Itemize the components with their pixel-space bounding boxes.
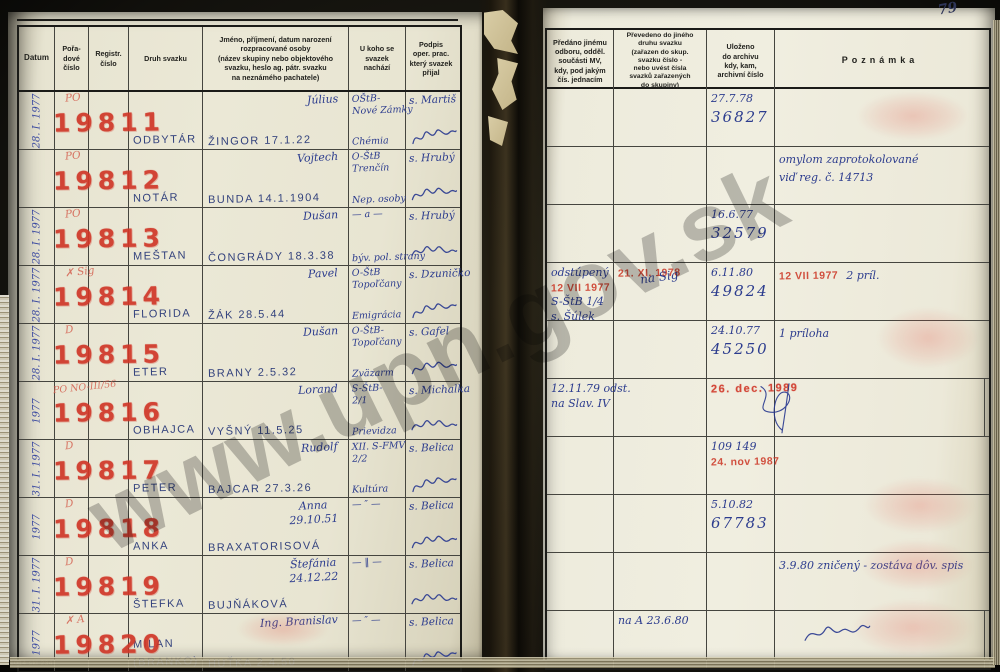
holder-unit: O-ŠtBTopoľčany: [352, 266, 402, 291]
cell-prevedeno: 21. XI. 1978na Sig: [614, 263, 707, 325]
right-table-header: Předáno jinému odboru, odděl. součásti M…: [547, 30, 989, 89]
cell-podpis: s. Martiš: [406, 92, 456, 149]
left-table-body: 28. I. 1977PO19811ODBYTÁRJúliusŽINGOR 17…: [19, 92, 460, 671]
torn-paper-scrap: [484, 10, 518, 54]
issue-line: Chémia: [352, 135, 389, 147]
entry-date: 1977: [31, 398, 42, 423]
cell-jmeno: JúliusŽINGOR 17.1.22: [203, 92, 349, 149]
holder-unit: O-ŠtB-Topoľčany: [352, 324, 402, 349]
signature-scribble: [409, 470, 459, 498]
cell-prevedeno: [614, 321, 707, 378]
entry-date: 1977: [31, 630, 42, 655]
surname-and-birthdate: VYŠNÝ 11.5.25: [208, 424, 304, 438]
holder-unit: — ‖ —: [352, 556, 382, 569]
officer-name: s. Belica: [409, 499, 454, 513]
red-mark: D: [64, 556, 74, 569]
header-druh-svazku: Druh svazku: [129, 27, 203, 90]
cell-datum: 1977: [19, 382, 55, 439]
entry-date: 28. I. 1977: [31, 325, 42, 380]
surname-and-birthdate: BAJCAR 27.3.26: [208, 482, 312, 496]
book-gutter: [478, 0, 548, 672]
cell-jmeno: Štefánia 24.12.22BUJŇÁKOVÁ: [203, 556, 349, 613]
holder-unit: — ″ —: [352, 499, 381, 512]
cell-prevedeno: [614, 205, 707, 262]
holder-line: — ″ —: [352, 499, 381, 512]
rule-line: [17, 19, 458, 21]
holder-line: — a —: [352, 208, 383, 221]
handwritten-entry: 5.10.82: [711, 498, 772, 513]
issue-line: Zväzarm: [352, 367, 394, 379]
header-poznamka: Poznámka: [775, 30, 985, 92]
entry-date: 31. I. 1977: [31, 557, 42, 612]
officer-name: s. Dzuničko: [409, 267, 471, 281]
cell-predano: [547, 89, 614, 146]
cell-jmeno: DušanBRANY 2.5.32: [203, 324, 349, 381]
officer-name: s. Hrubý: [409, 151, 455, 165]
page-stack-edge-left: [0, 295, 9, 665]
holder-line: Nové Zámky: [352, 104, 413, 118]
table-row: 16.6.7732579: [547, 205, 989, 263]
cell-jmeno: DušanČONGRÁDY 18.3.38: [203, 208, 349, 265]
registration-number-stamp: 19817: [53, 455, 165, 485]
holder-unit: XII. S-FMV2/2: [352, 440, 406, 466]
surname-and-birthdate: BUNDA 14.1.1904: [208, 192, 321, 206]
signature-scribble: [409, 296, 459, 324]
table-row: 1977PO NO-III/5619816OBHAJCALorandVYŠNÝ …: [19, 382, 460, 440]
registration-number-stamp: 19811: [53, 107, 165, 137]
cell-ulozeno: 5.10.8267783: [707, 495, 775, 552]
entry-date: 28. I. 1977: [31, 209, 42, 264]
ink-ghost-smudge: [865, 478, 975, 533]
cell-datum: 28. I. 1977: [19, 92, 55, 149]
registration-number-stamp: 19816: [53, 397, 165, 427]
red-mark: PO: [64, 91, 81, 105]
cell-ulozeno: 6.11.8049824: [707, 263, 775, 325]
holder-line: Topoľčany: [352, 336, 402, 350]
date-stamp: 24. nov 1987: [711, 454, 772, 469]
ink-ghost-smudge: [861, 540, 973, 590]
signature-scribble: [409, 122, 459, 150]
holder-line: 2/1: [352, 394, 383, 407]
cell-datum: 28. I. 1977: [19, 208, 55, 265]
cell-ulozeno: 109 14924. nov 1987: [707, 437, 775, 494]
cell-datum: 31. I. 1977: [19, 440, 55, 497]
page-stack-edge-bottom: [10, 657, 995, 668]
cell-ulozeno: 24.10.7745250: [707, 321, 775, 378]
cell-predano: 12.11.79 odst.na Slav. IV: [547, 379, 614, 436]
header-datum: Datum: [19, 27, 55, 90]
table-row: 28. I. 1977D19815ETERDušanBRANY 2.5.32O-…: [19, 324, 460, 382]
first-name: Štefánia 24.12.22: [288, 556, 338, 586]
holder-line: 2/2: [352, 452, 406, 466]
cell-podpis: s. Belica: [406, 440, 456, 497]
registration-number-stamp: 19814: [53, 281, 165, 311]
cell-podpis: s. Belica: [406, 556, 456, 613]
cell-ulozeno: [707, 147, 775, 204]
cell-podpis: s. Hrubý: [406, 208, 456, 265]
header-jmeno: Jméno, příjmení, datum narození rozpraco…: [203, 27, 349, 90]
cell-predano: odstúpený12 VII 1977S-ŠtB 1/4s. Šúlek: [547, 263, 614, 325]
officer-name: s. Michalka: [409, 383, 470, 397]
surname-and-birthdate: ŽÁK 28.5.44: [208, 308, 286, 322]
red-mark: D: [64, 498, 74, 511]
registration-number-stamp: 19812: [53, 165, 165, 195]
holder-unit: O-ŠtBTrenčín: [352, 150, 390, 175]
red-mark: D: [64, 324, 74, 337]
cell-podpis: s. Hrubý: [406, 150, 456, 207]
entry-date: 1977: [31, 514, 42, 539]
left-page: Datum Pořa- dové číslo Registr. číslo Dr…: [8, 12, 482, 660]
signature-scribble: [409, 412, 459, 440]
header-u-koho: U koho se svazek nachází: [349, 27, 406, 90]
first-name: Lorand: [298, 382, 339, 398]
handwritten-entry: 49824: [711, 281, 772, 301]
cell-poznamka: omylom zaprotokolovanéviď reg. č. 14713: [775, 147, 985, 204]
table-row: 12.11.79 odst.na Slav. IV26. dec. 1989: [547, 379, 989, 437]
handwritten-entry: 67783: [711, 513, 772, 533]
signature-scribble: [410, 182, 458, 206]
handwritten-entry: 1 príloha: [779, 327, 829, 342]
cell-ulozeno: 16.6.7732579: [707, 205, 775, 262]
cell-u-koho: OŠtB-Nové ZámkyChémia: [349, 92, 406, 149]
cell-u-koho: O-ŠtBTrenčínNep. osoby: [349, 150, 406, 207]
entry-date: 28. I. 1977: [31, 93, 42, 148]
cell-poznamka: [775, 205, 985, 262]
first-name: Dušan: [302, 324, 338, 340]
page-stack-edge-right: [993, 20, 1000, 665]
officer-name: s. Gafel: [409, 325, 450, 338]
cell-jmeno: LorandVYŠNÝ 11.5.25: [203, 382, 349, 439]
cell-jmeno: PavelŽÁK 28.5.44: [203, 266, 349, 323]
red-mark: PO: [64, 207, 81, 221]
cell-u-koho: XII. S-FMV2/2Kultúra: [349, 440, 406, 497]
entry-date: 28. I. 1977: [31, 267, 42, 322]
table-row: omylom zaprotokolovanéviď reg. č. 14713: [547, 147, 989, 205]
surname-and-birthdate: ŽINGOR 17.1.22: [208, 134, 312, 148]
officer-name: s. Martiš: [409, 93, 456, 107]
handwritten-entry: na Slav. IV: [551, 397, 611, 412]
surname-and-birthdate: ČONGRÁDY 18.3.38: [208, 250, 335, 265]
ink-ghost-smudge: [858, 92, 968, 140]
right-page: Předáno jinému odboru, odděl. součásti M…: [543, 8, 995, 660]
signature-scribble: [409, 238, 459, 266]
left-table-header: Datum Pořa- dové číslo Registr. číslo Dr…: [19, 27, 460, 92]
cell-u-koho: — ‖ —: [349, 556, 406, 613]
handwritten-entry: 16.6.77: [711, 208, 772, 223]
handwritten-entry: na A 23.6.80: [618, 614, 704, 629]
registration-number-stamp: 19815: [53, 339, 165, 369]
cell-predano: [547, 321, 614, 378]
table-row: 28. I. 1977PO19813MEŠTANDušanČONGRÁDY 18…: [19, 208, 460, 266]
handwritten-entry: S-ŠtB 1/4: [551, 295, 611, 310]
cell-prevedeno: [614, 379, 707, 436]
surname-and-birthdate: BUJŇÁKOVÁ: [208, 598, 288, 612]
first-name: Pavel: [308, 266, 338, 281]
cell-prevedeno: [614, 437, 707, 494]
surname-and-birthdate: BRAXATORISOVÁ: [208, 540, 321, 554]
header-ulozeno: Uloženo do archivu kdy, kam, archivní čí…: [707, 30, 775, 92]
torn-paper-scrap: [492, 58, 518, 110]
cell-u-koho: — a —býv. pol. strany: [349, 208, 406, 265]
handwritten-entry: 6.11.80: [711, 266, 772, 281]
handwritten-entry: 36827: [711, 107, 772, 127]
header-prevedeno: Převedeno do jiného druhu svazku (zařaze…: [614, 30, 707, 92]
table-row: 31. I. 1977D19819ŠTEFKAŠtefánia 24.12.22…: [19, 556, 460, 614]
signature-scribble: [409, 586, 459, 614]
holder-unit: OŠtB-Nové Zámky: [352, 92, 413, 118]
date-stamp: 12 VII 1977: [779, 268, 838, 283]
red-mark: ✗ A: [64, 613, 85, 627]
cell-predano: [547, 437, 614, 494]
document-scan: Datum Pořa- dové číslo Registr. číslo Dr…: [0, 0, 1000, 672]
registration-number-stamp: 19820: [53, 629, 165, 659]
registration-number-stamp: 19819: [53, 571, 165, 601]
registry-table-left: Datum Pořa- dové číslo Registr. číslo Dr…: [17, 25, 462, 672]
handwritten-entry: 12.11.79 odst.: [551, 382, 611, 397]
cell-jmeno: RudolfBAJCAR 27.3.26: [203, 440, 349, 497]
header-podpis: Podpis oper. prac. který svazek přijal: [406, 27, 456, 90]
signature-scribble: [410, 530, 458, 554]
holder-unit: — ″ —: [352, 615, 381, 628]
cell-prevedeno: [614, 147, 707, 204]
first-name: Rudolf: [301, 440, 338, 456]
cell-ulozeno: 27.7.7836827: [707, 89, 775, 146]
holder-line: S-ŠtB-: [352, 382, 383, 395]
surname-and-birthdate: BRANY 2.5.32: [208, 366, 298, 380]
handwritten-entry: 2 príl.: [846, 269, 879, 284]
holder-unit: — a —: [352, 208, 383, 221]
cell-datum: [19, 150, 55, 207]
entry-date: 31. I. 1977: [31, 441, 42, 496]
holder-unit: S-ŠtB-2/1: [352, 382, 384, 407]
table-row: 28. I. 1977PO19811ODBYTÁRJúliusŽINGOR 17…: [19, 92, 460, 150]
officer-name: s. Belica: [409, 557, 454, 571]
officer-name: s. Belica: [409, 441, 454, 455]
header-poradove-cislo: Pořa- dové číslo: [55, 27, 89, 90]
first-name: Vojtech: [297, 150, 339, 166]
table-row: 28. I. 1977✗ Sig19814FLORIDAPavelŽÁK 28.…: [19, 266, 460, 324]
cell-u-koho: O-ŠtB-TopoľčanyZväzarm: [349, 324, 406, 381]
issue-line: Kultúra: [352, 483, 389, 495]
issue-line: Emigrácia: [352, 309, 402, 322]
header-registr-cislo: Registr. číslo: [89, 27, 129, 90]
cell-u-koho: S-ŠtB-2/1Prievidza: [349, 382, 406, 439]
cell-datum: 28. I. 1977: [19, 266, 55, 323]
cell-jmeno: Anna 29.10.51BRAXATORISOVÁ: [203, 498, 349, 555]
first-name: Anna 29.10.51: [288, 498, 338, 528]
handwritten-entry: 27.7.78: [711, 92, 772, 107]
ink-ghost-smudge: [238, 612, 328, 646]
registration-number-stamp: 19818: [53, 513, 165, 543]
cell-podpis: s. Gafel: [406, 324, 456, 381]
first-name: Dušan: [302, 208, 338, 224]
handwritten-entry: omylom zaprotokolované: [779, 153, 918, 168]
cell-u-koho: O-ŠtBTopoľčanyEmigrácia: [349, 266, 406, 323]
cell-podpis: s. Belica: [406, 498, 456, 555]
table-row: 31. I. 1977D19817PETERRudolfBAJCAR 27.3.…: [19, 440, 460, 498]
header-predano: Předáno jinému odboru, odděl. součásti M…: [547, 30, 614, 92]
torn-paper-scrap: [488, 116, 508, 146]
ink-ghost-smudge: [878, 308, 978, 368]
cell-predano: [547, 553, 614, 610]
officer-name: s. Hrubý: [409, 209, 455, 223]
handwritten-entry: 32579: [711, 223, 772, 243]
handwritten-entry: 109 149: [711, 440, 772, 455]
table-row: 1977D19818ANKAAnna 29.10.51BRAXATORISOVÁ…: [19, 498, 460, 556]
cell-u-koho: — ″ —: [349, 498, 406, 555]
holder-line: — ‖ —: [352, 556, 382, 569]
holder-line: — ″ —: [352, 615, 381, 628]
cell-predano: [547, 147, 614, 204]
cell-datum: 1977: [19, 498, 55, 555]
cell-prevedeno: [614, 495, 707, 552]
signature-scribble: [802, 619, 872, 649]
handwritten-entry: odstúpený: [551, 266, 611, 281]
cell-ulozeno: [707, 553, 775, 610]
cell-prevedeno: [614, 553, 707, 610]
holder-line: XII. S-FMV: [352, 440, 406, 454]
red-mark: D: [64, 440, 74, 453]
cell-predano: [547, 205, 614, 262]
handwritten-entry: 45250: [711, 339, 772, 359]
date-stamp: 12 VII 1977: [551, 280, 611, 295]
cell-datum: 28. I. 1977: [19, 324, 55, 381]
holder-line: Trenčín: [352, 162, 390, 175]
cell-datum: 31. I. 1977: [19, 556, 55, 613]
cell-prevedeno: [614, 89, 707, 146]
handwritten-entry: viď reg. č. 14713: [779, 171, 873, 186]
officer-name: s. Belica: [409, 615, 454, 629]
registration-number-stamp: 19813: [53, 223, 165, 253]
signature-scribble: [410, 356, 458, 380]
handwritten-entry: 24.10.77: [711, 324, 772, 339]
table-row: PO19812NOTÁRVojtechBUNDA 14.1.1904O-ŠtBT…: [19, 150, 460, 208]
cell-podpis: s. Michalka: [406, 382, 456, 439]
signature-scribble: [742, 381, 822, 437]
first-name: Július: [306, 92, 338, 107]
cell-predano: [547, 495, 614, 552]
holder-line: Topoľčany: [352, 278, 402, 292]
cell-jmeno: VojtechBUNDA 14.1.1904: [203, 150, 349, 207]
issue-line: Nep. osoby: [352, 193, 406, 206]
cell-podpis: s. Dzuničko: [406, 266, 456, 323]
issue-line: Prievidza: [352, 425, 397, 438]
red-mark: PO: [64, 149, 81, 163]
